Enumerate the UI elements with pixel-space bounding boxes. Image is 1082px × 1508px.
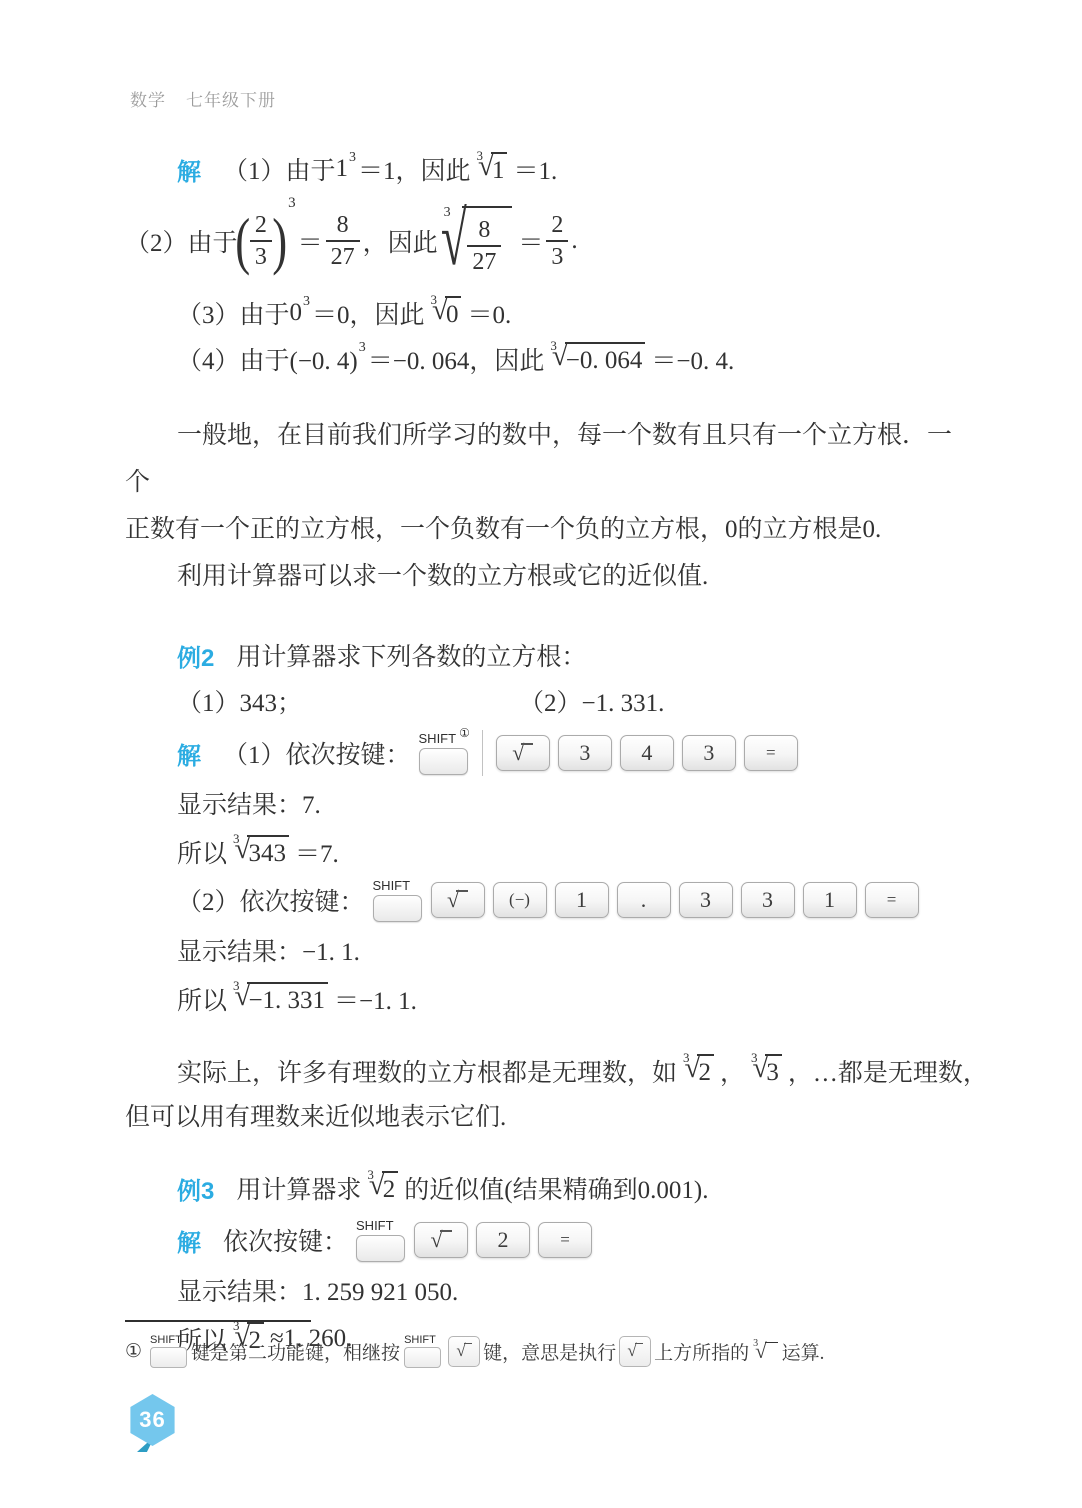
example2-title-text: 用计算器求下列各数的立方根： (236, 637, 586, 673)
numerator: 2 (250, 210, 272, 240)
exponent: 3 (349, 151, 356, 165)
radical-index: 3 (367, 1168, 374, 1181)
digit-key: 2 (476, 1222, 530, 1258)
text: （1）依次按键： (223, 735, 411, 771)
cube-root: 3√343 (233, 835, 289, 869)
radical-overline (521, 743, 533, 745)
example2-item-2: （2）−1. 331. (519, 683, 664, 719)
cube-root: 3√2 (367, 1171, 398, 1205)
cube-root-symbol: 3√ (753, 1341, 778, 1362)
radicand: −1. 331 (247, 982, 328, 1016)
shift-key (150, 1347, 187, 1368)
shift-key-label-row: SHIFT (373, 878, 411, 893)
paragraph-line: 一般地，在目前我们所学习的数中，每一个数有且只有一个立方根．一个 (125, 412, 965, 506)
exponent: 3 (359, 341, 366, 355)
cube-root: 3√1 (477, 152, 508, 186)
radical-index: 3 (477, 149, 484, 162)
radical-index: 3 (683, 1051, 690, 1064)
shift-key (373, 895, 422, 922)
text: ＝7. (295, 834, 339, 870)
keypress-line-1: 解 （1）依次按键： SHIFT① √ 3 4 3 = (177, 724, 965, 782)
radicand: 2 (382, 1171, 399, 1205)
numerator: 8 (332, 210, 354, 240)
base-number: 0 (290, 299, 303, 327)
radical-overline (456, 890, 468, 892)
radicand: 3 (765, 1054, 782, 1088)
sqrt-key: √ (496, 735, 550, 771)
denominator: 3 (546, 240, 568, 272)
shift-key-group: SHIFT (356, 1218, 405, 1262)
radicand: −0. 064 (565, 342, 646, 376)
decimal-key: . (617, 882, 671, 918)
equals: ＝ (518, 223, 543, 259)
shift-key (419, 748, 468, 775)
radicand: 2 (697, 1054, 714, 1088)
keypress-line-3: 解 依次按键： SHIFT √ 2 = (177, 1211, 965, 1269)
sqrt-key: √ (414, 1222, 468, 1258)
fraction: 827 (467, 215, 501, 277)
shift-label: SHIFT (404, 1334, 436, 1346)
denominator: 27 (326, 240, 360, 272)
example3-label: 例3 (177, 1171, 214, 1206)
radical-index: 3 (233, 832, 240, 845)
footnote-line: ① SHIFT 键是第二功能键，相继按 SHIFT √ 键，意思是执行 √ 上方… (125, 1334, 965, 1368)
radical-index: 3 (751, 1051, 758, 1064)
exponent: 3 (288, 196, 296, 211)
equals-key: = (865, 882, 919, 918)
footnote-area: ① SHIFT 键是第二功能键，相继按 SHIFT √ 键，意思是执行 √ 上方… (125, 1320, 965, 1368)
text: ＝0，因此 (312, 295, 425, 331)
text: ，…都是无理数， (788, 1053, 988, 1089)
text: ＝0. (467, 295, 511, 331)
example2-items: （1）343； （2）−1. 331. (177, 678, 965, 724)
paragraph-line: 利用计算器可以求一个数的立方根或它的近似值. (125, 553, 965, 600)
denominator: 27 (467, 245, 501, 277)
sqrt-key: √ (619, 1336, 651, 1367)
text: ＝−0. 4. (651, 341, 734, 377)
text: 键是第二功能键，相继按 (191, 1338, 400, 1365)
fraction: 827 (326, 210, 360, 272)
text: 用计算器求 (236, 1170, 361, 1206)
digit-key: 3 (558, 735, 612, 771)
digit-key: 1 (555, 882, 609, 918)
equals-key: = (538, 1222, 592, 1258)
shift-key-label-row: SHIFT① (419, 731, 470, 746)
solution-label: 解 (177, 1223, 201, 1258)
footnote-marker: ① (459, 727, 470, 739)
cube-root: 3√3 (751, 1054, 782, 1088)
radical-index: 3 (550, 339, 557, 352)
numerator: 8 (473, 215, 495, 245)
equals-key: = (744, 735, 798, 771)
fraction: 23 (546, 210, 568, 272)
solution-line-1: 解 （1）由于13＝1，因此 3√1 ＝1. (177, 146, 965, 192)
page-content: 解 （1）由于13＝1，因此 3√1 ＝1. （2）由于 ( 23 ) 3 ＝ … (125, 146, 965, 1362)
digit-key: 3 (741, 882, 795, 918)
base-number: 1 (336, 155, 349, 183)
radicand: 827 (462, 206, 512, 277)
denominator: 3 (250, 240, 272, 272)
badge-hexagon: 36 (129, 1394, 176, 1446)
page-number-badge: 36 (129, 1394, 176, 1446)
result-line: 显示结果：7. (177, 782, 965, 829)
text: 依次按键： (223, 1222, 348, 1258)
cube-root: 3√827 (444, 206, 513, 277)
shift-key-label-row: SHIFT (356, 1218, 394, 1233)
paragraph-line: 但可以用有理数来近似地表示它们. (125, 1094, 965, 1141)
example3-title: 例3 用计算器求 3√2 的近似值(结果精确到0.001). (177, 1165, 965, 1211)
sqrt-key: √ (431, 882, 485, 918)
solution-label: 解 (177, 152, 201, 187)
text: 所以 (177, 834, 227, 870)
text: （4）由于(−0. 4) (177, 341, 358, 377)
shift-key-group: SHIFT① (419, 731, 470, 775)
text: 键，意思是执行 (483, 1338, 616, 1365)
shift-label: SHIFT (150, 1334, 182, 1346)
example2-item-1: （1）343； (177, 683, 519, 719)
radical-overline (635, 1343, 643, 1344)
digit-key: 1 (803, 882, 857, 918)
text: 上方所指的 (654, 1338, 749, 1365)
shift-key-group: SHIFT (373, 878, 422, 922)
numerator: 2 (546, 210, 568, 240)
shift-label: SHIFT (356, 1218, 394, 1233)
big-paren-left: ( (235, 212, 250, 270)
text: ＝1，因此 (358, 151, 471, 187)
paragraph-line: 正数有一个正的立方根，一个负数有一个负的立方根，0的立方根是0. (125, 506, 965, 553)
solution-line-4: （4）由于(−0. 4)3＝−0. 064，因此 3√−0. 064 ＝−0. … (177, 336, 965, 382)
header-volume: 七年级下册 (186, 91, 276, 110)
shift-label: SHIFT (373, 878, 411, 893)
divider (482, 730, 483, 776)
header-subject: 数学 (130, 91, 166, 110)
text: （1）由于 (223, 151, 336, 187)
text: ＝−1. 1. (334, 981, 417, 1017)
negative-key: (−) (493, 882, 547, 918)
shift-key (404, 1347, 441, 1368)
conclusion-line-2: 所以 3√−1. 331 ＝−1. 1. (177, 976, 965, 1022)
paragraph-line: 实际上，许多有理数的立方根都是无理数，如 3√2 ， 3√3 ，…都是无理数， (177, 1048, 965, 1094)
big-paren-right: ) (272, 212, 287, 270)
radical-overline (440, 1230, 452, 1232)
text: （2）依次按键： (177, 882, 365, 918)
cube-root: 3√−0. 064 (550, 342, 645, 376)
cube-root: 3√2 (683, 1054, 714, 1088)
radical-index: 3 (233, 979, 240, 992)
text: （3）由于 (177, 295, 290, 331)
conclusion-line-1: 所以 3√343 ＝7. (177, 829, 965, 875)
cube-root: 3√−1. 331 (233, 982, 328, 1016)
radicand: 1 (491, 152, 508, 186)
radicand: 343 (247, 835, 289, 869)
digit-key: 3 (682, 735, 736, 771)
exponent: 3 (303, 295, 310, 309)
text: （2）由于 (125, 223, 238, 259)
sqrt-key: √ (448, 1336, 480, 1367)
cube-root: 3√0 (431, 296, 462, 330)
example2-title: 例2 用计算器求下列各数的立方根： (177, 632, 965, 678)
radical-index: 3 (431, 293, 438, 306)
shift-key (356, 1235, 405, 1262)
radical-overline (765, 1342, 778, 1353)
shift-key-group-small: SHIFT (150, 1334, 187, 1368)
radical-index: 3 (233, 1319, 240, 1332)
solution-line-3: （3）由于03＝0，因此 3√0 ＝0. (177, 290, 965, 336)
footnote-mark: ① (125, 1340, 142, 1363)
text: ，因此 (363, 223, 438, 259)
solution-line-2: （2）由于 ( 23 ) 3 ＝ 827 ，因此 3√827 ＝ 23 . (125, 194, 965, 288)
text: . (571, 227, 577, 255)
text: ＝−0. 064，因此 (368, 341, 545, 377)
shift-key-group-small: SHIFT (404, 1334, 441, 1368)
text: 运算. (782, 1338, 825, 1365)
radicand: 0 (445, 296, 462, 330)
result-line: 显示结果：1. 259 921 050. (177, 1269, 965, 1316)
keypress-line-2: （2）依次按键： SHIFT √ (−) 1 . 3 3 1 = (177, 871, 965, 929)
text: ＝1. (513, 151, 557, 187)
text: 的近似值(结果精确到0.001). (404, 1170, 708, 1206)
equals: ＝ (298, 223, 323, 259)
running-header: 数学七年级下册 (130, 86, 276, 111)
solution-label: 解 (177, 736, 201, 771)
text: ， (720, 1053, 745, 1089)
radical-index: 3 (444, 206, 451, 220)
radical-sign: √ (456, 1341, 465, 1361)
fraction: 23 (250, 210, 272, 272)
text: 实际上，许多有理数的立方根都是无理数，如 (177, 1053, 677, 1089)
shift-label: SHIFT (419, 731, 457, 746)
radical-overline (464, 1343, 472, 1344)
page-number: 36 (139, 1407, 165, 1433)
example2-label: 例2 (177, 638, 214, 673)
text: 所以 (177, 981, 227, 1017)
result-line: 显示结果：−1. 1. (177, 929, 965, 976)
digit-key: 3 (679, 882, 733, 918)
radical-sign: √ (627, 1341, 636, 1361)
footnote-rule (125, 1320, 311, 1322)
digit-key: 4 (620, 735, 674, 771)
